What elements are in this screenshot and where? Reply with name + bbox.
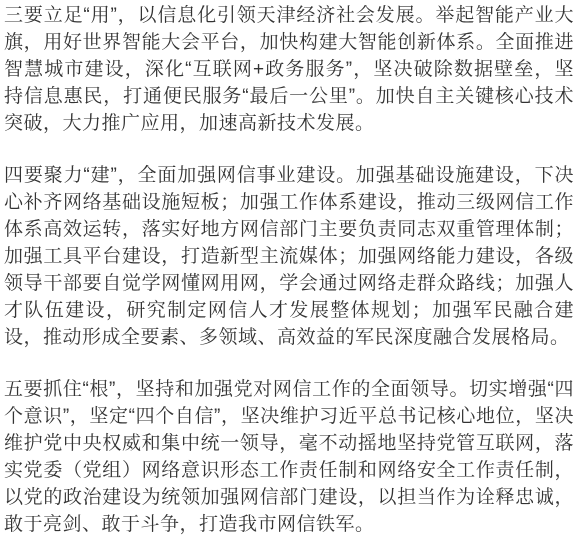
paragraph-five-yao: 五要抓住“根”，坚持和加强党对网信工作的全面领导。切实增强“四个意识”，坚定“四…: [4, 376, 574, 538]
paragraph-four-yao: 四要聚力“建”，全面加强网信事业建设。加强基础设施建设，下决心补齐网络基础设施短…: [4, 162, 574, 351]
paragraph-three-yao: 三要立足“用”，以信息化引领天津经济社会发展。举起智能产业大旗，用好世界智能大会…: [4, 2, 574, 137]
document-body: 三要立足“用”，以信息化引领天津经济社会发展。举起智能产业大旗，用好世界智能大会…: [0, 0, 578, 541]
